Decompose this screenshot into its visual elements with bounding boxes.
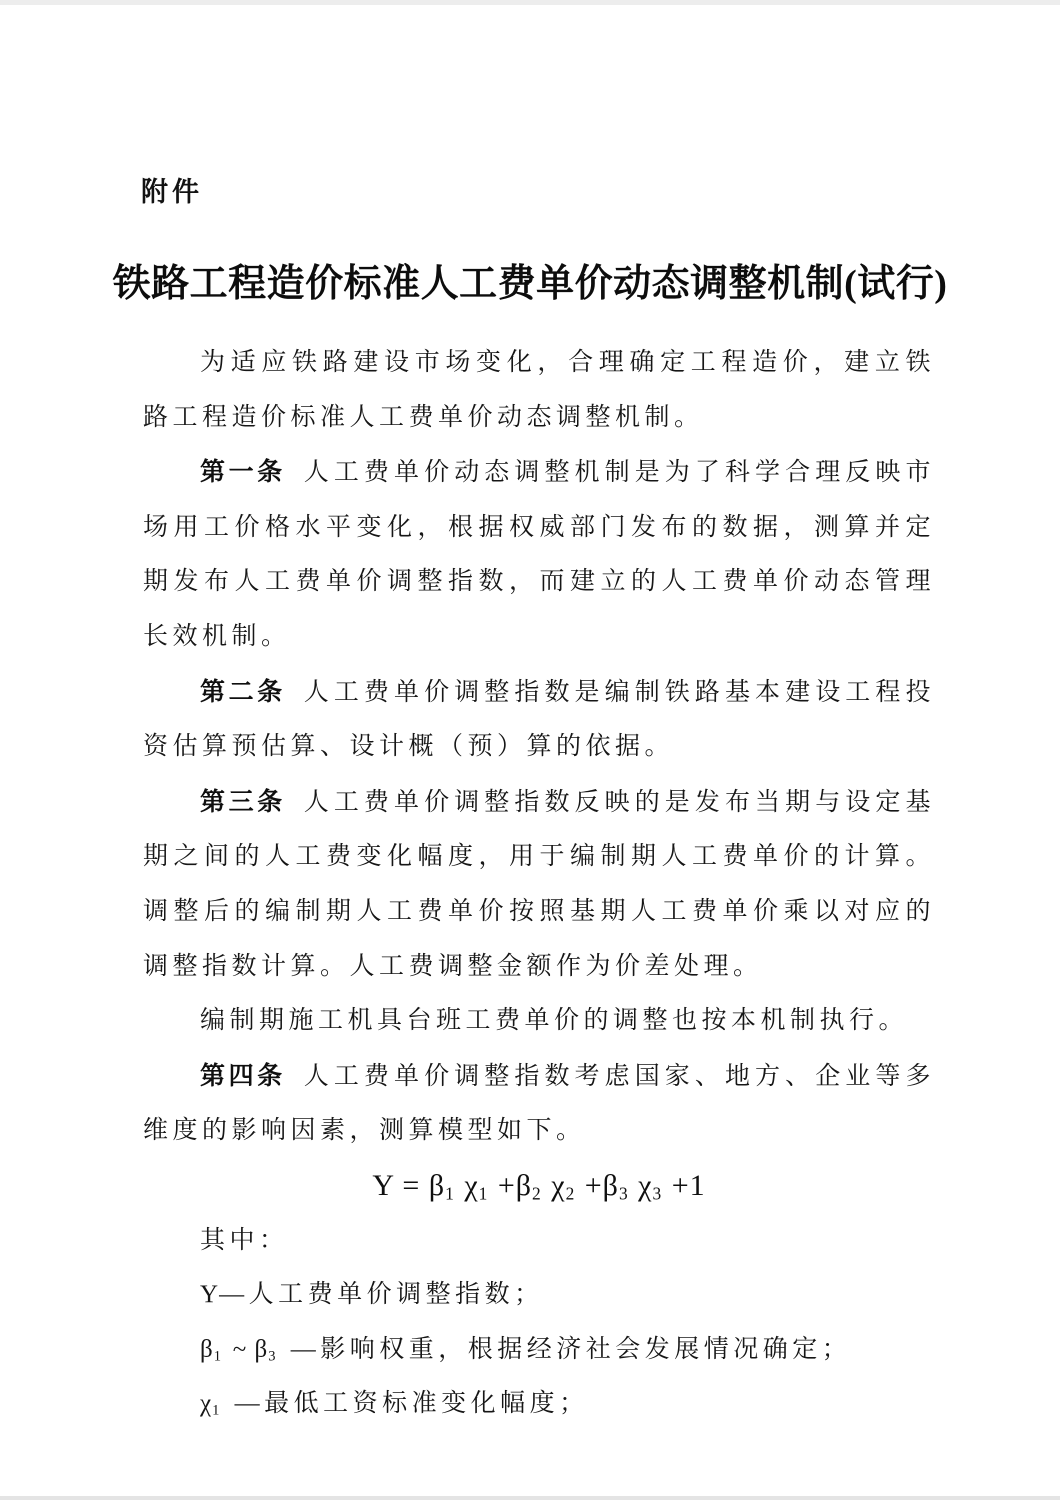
article-1-label: 第一条	[200, 458, 304, 486]
definition-text: —最低工资标准变化幅度；	[224, 1390, 589, 1417]
paragraph-text: 为适应铁路建设市场变化，合理确定工程造价，建立铁路工程造价标准人工费单价动态调整…	[143, 349, 935, 431]
document-page: 附件 铁路工程造价标准人工费单价动态调整机制(试行) 为适应铁路建设市场变化，合…	[0, 0, 1060, 1500]
formula-term: +1	[663, 1169, 705, 1202]
attachment-label: 附件	[141, 170, 203, 209]
formula-term: χ	[456, 1169, 479, 1202]
article-3-label: 第三条	[200, 788, 304, 816]
scan-edge-top	[0, 0, 1060, 5]
scan-edge-bottom	[0, 1496, 1060, 1500]
document-body: 为适应铁路建设市场变化，合理确定工程造价，建立铁路工程造价标准人工费单价动态调整…	[143, 336, 935, 1432]
formula-subscript: 1	[479, 1183, 490, 1203]
variable-symbol: χ	[200, 1390, 212, 1417]
formula-subscript: 3	[652, 1183, 663, 1203]
intro-paragraph: 为适应铁路建设市场变化，合理确定工程造价，建立铁路工程造价标准人工费单价动态调整…	[143, 336, 935, 445]
article-4-paragraph: 第四条人工费单价调整指数考虑国家、地方、企业等多维度的影响因素，测算模型如下。	[143, 1049, 935, 1159]
definition-y: Υ—人工费单价调整指数；	[143, 1268, 935, 1323]
definition-chi: χ1 —最低工资标准变化幅度；	[143, 1377, 935, 1432]
formula-subscript: 1	[445, 1183, 456, 1203]
formula-term: χ	[543, 1169, 566, 1202]
formula-term: χ	[630, 1169, 653, 1202]
formula-subscript: 3	[619, 1183, 630, 1203]
variable-subscript: 1	[212, 1403, 224, 1419]
where-label: 其中：	[143, 1214, 935, 1269]
formula-subscript: 2	[566, 1183, 577, 1203]
variable-subscript: 1	[214, 1348, 226, 1364]
article-3-paragraph: 第三条人工费单价调整指数反映的是发布当期与设定基期之间的人工费变化幅度，用于编制…	[143, 775, 935, 994]
definition-text: —影响权重，根据经济社会发展情况确定；	[280, 1336, 851, 1363]
machinery-paragraph: 编制期施工机具台班工费单价的调整也按本机制执行。	[143, 994, 935, 1049]
article-2-paragraph: 第二条人工费单价调整指数是编制铁路基本建设工程投资估算预估算、设计概（预）算的依…	[143, 665, 935, 775]
document-title: 铁路工程造价标准人工费单价动态调整机制(试行)	[55, 252, 1005, 307]
variable-symbol: Υ	[200, 1281, 219, 1308]
definition-beta: β1 ~ β3 —影响权重，根据经济社会发展情况确定；	[143, 1323, 935, 1378]
formula-subscript: 2	[532, 1183, 543, 1203]
article-4-label: 第四条	[200, 1062, 304, 1090]
paragraph-text: 编制期施工机具台班工费单价的调整也按本机制执行。	[200, 1007, 908, 1034]
article-1-paragraph: 第一条人工费单价动态调整机制是为了科学合理反映市场用工价格水平变化，根据权威部门…	[143, 445, 935, 664]
paragraph-text: 人工费单价调整指数反映的是发布当期与设定基期之间的人工费变化幅度，用于编制期人工…	[143, 789, 935, 980]
formula-term: Υ = β	[372, 1169, 445, 1202]
variable-subscript: 3	[268, 1348, 280, 1364]
paragraph-text: 人工费单价动态调整机制是为了科学合理反映市场用工价格水平变化，根据权威部门发布的…	[143, 459, 935, 650]
formula-term: +β	[489, 1169, 532, 1202]
definition-text: —人工费单价调整指数；	[219, 1281, 544, 1308]
adjustment-index-formula: Υ = β1 χ1 +β2 χ2 +β3 χ3 +1	[143, 1159, 935, 1214]
formula-term: +β	[576, 1169, 619, 1202]
article-2-label: 第二条	[200, 678, 304, 706]
variable-symbol: ~ β	[225, 1336, 268, 1363]
variable-symbol: β	[200, 1336, 214, 1363]
